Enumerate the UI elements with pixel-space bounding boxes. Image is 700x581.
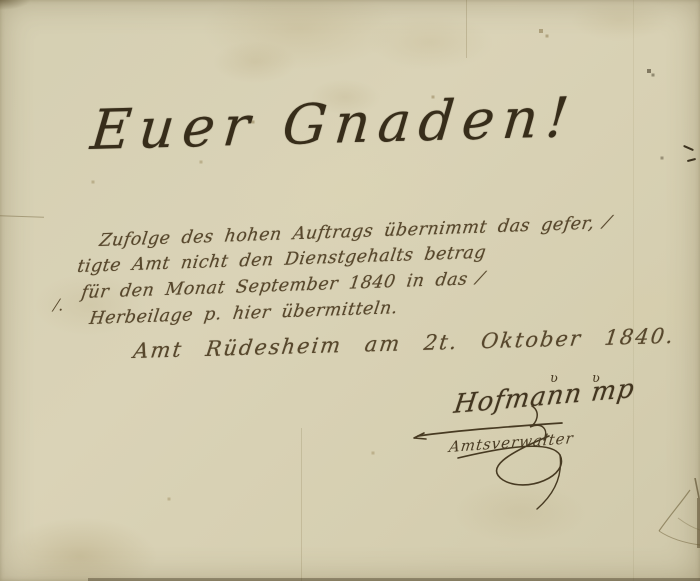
left-crease-line (0, 215, 44, 218)
bottom-right-crease-svg (630, 478, 700, 581)
body-line-1: Zufolge des hohen Auftrags übernimmt das… (98, 213, 610, 251)
corner-smudge (0, 0, 30, 10)
letter-salutation: Euer Gnaden! (88, 85, 579, 162)
body-line-4: Herbeilage p. hier übermitteln. (88, 298, 399, 329)
margin-mark: ⁄. (54, 295, 64, 315)
letter-scan: Euer Gnaden! Zufolge des hohen Auftrags … (0, 0, 700, 581)
vertical-fold-line (466, 0, 467, 58)
right-edge-ink-mark (687, 158, 696, 162)
right-edge-ink-mark (683, 145, 694, 151)
signature-flourish-svg (400, 366, 660, 511)
vertical-fold-line (301, 428, 302, 581)
paper-specks (0, 0, 2, 2)
screenshot-stage: Euer Gnaden! Zufolge des hohen Auftrags … (0, 0, 700, 581)
letter-dateline: Amt Rüdesheim am 2t. Oktober 1840. (132, 324, 676, 363)
